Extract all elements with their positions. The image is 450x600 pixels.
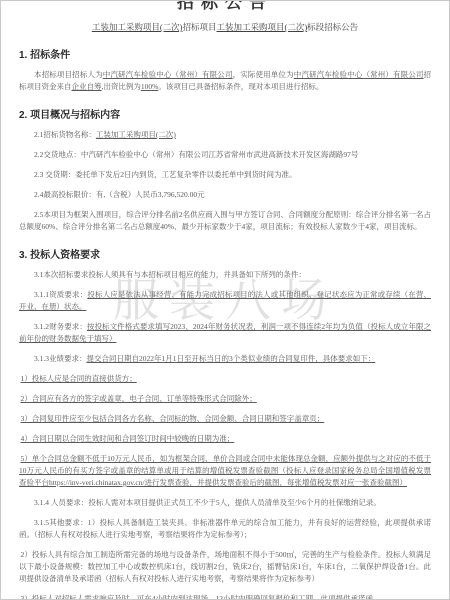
text: 标段招标公告: [307, 22, 358, 32]
text: 本招标项目招标人为: [34, 70, 103, 79]
paragraph: 2.2交货地点：中汽研汽车检验中心（常州）有限公司江苏省常州市武进高新技术开发区…: [19, 149, 431, 161]
text: 3.1.5其他要求：1）投标人具备制造工装夹具、非标准器件单元的综合加工能力，并…: [19, 518, 431, 539]
paragraph: 2.5本项目为框架入围项目，综合评分排名前2名供应商入围与甲方签订合同、合同额度…: [19, 209, 431, 233]
underlined-text: 提交合同日期自2022年1月1日至开标当日的3个类似业绩的合同复印件，具体要求如…: [87, 354, 376, 363]
text: 2）投标人具有综合加工制造所需完备的场地与设备条件，场地面积不得小于500㎡，完…: [19, 550, 431, 583]
underlined-text: 工装加工采购项目(二次): [96, 130, 176, 139]
underlined-text: 3）合同复印件应至少包括合同各方名称、合同标的物、合同金额、合同日期和签字盖章页…: [21, 414, 325, 423]
text: ，实际使用单位为: [233, 70, 294, 79]
text: 3.1.4 人员要求：投标人需对本项目提供正式员工不少于5人，提供人员清单及至少…: [34, 498, 381, 507]
paragraph: 2.1招标货物名称：工装加工采购项目(二次): [19, 129, 431, 141]
underlined-text: 5）单个合同总金额不低于10万元人民币，如为框架合同、单价合同或合同中未能体现总…: [19, 454, 431, 487]
page-title: 招标公告: [19, 0, 431, 13]
text: 招标项目: [182, 22, 216, 32]
paragraph: 3.1.4 人员要求：投标人需对本项目提供正式员工不少于5人，提供人员清单及至少…: [19, 497, 431, 509]
text: 3.1本次招标要求投标人须具有与本招标项目相应的能力，并具备如下所列的条件：: [34, 270, 306, 279]
text: 3.1.1资质要求：: [34, 290, 87, 299]
section-heading: 3. 投标人资格要求: [19, 246, 431, 261]
paragraph: 3.1.3业绩要求：提交合同日期自2022年1月1日至开标当日的3个类似业绩的合…: [19, 353, 431, 365]
text: ,出资比例为: [102, 82, 141, 91]
underlined-text: 工装加工采购项目(二次): [92, 22, 183, 32]
underlined-text: 中汽研汽车检验中心（常州）有限公司: [103, 70, 233, 79]
sub-item: 3）投标人对招标人需求响应及时，可在4小时内到达现场，12小时内明确回复报价和工…: [19, 593, 431, 600]
sub-item: 4）合同日期以合同生效时间和合同签订时间中较晚的日期为准；: [19, 433, 431, 445]
text: 。该项目已具备招标条件，现对本项目进行招标。: [158, 82, 323, 91]
text: 3）投标人对招标人需求响应及时，可在4小时内到达现场，12小时内明确回复报价和工…: [21, 594, 381, 600]
tender-announcement-page: 服装八场 招标公告 工装加工采购项目(二次)招标项目工装加工采购项目(二次)标段…: [0, 0, 450, 600]
text: 2.3 交货期：委托单下发后2日内到货，工艺复杂零件以委托单中到货时间为准。: [34, 170, 297, 179]
sub-item: 2）合同应有各方的签字或盖章，电子合同、订单等特殊形式合同除外；: [19, 393, 431, 405]
paragraph: 本招标项目招标人为中汽研汽车检验中心（常州）有限公司，实际使用单位为中汽研汽车检…: [19, 69, 431, 93]
document-body: 1. 招标条件本招标项目招标人为中汽研汽车检验中心（常州）有限公司，实际使用单位…: [19, 46, 431, 600]
paragraph: 3.1.5其他要求：1）投标人具备制造工装夹具、非标准器件单元的综合加工能力，并…: [19, 517, 431, 541]
sub-item: 2）投标人具有综合加工制造所需完备的场地与设备条件，场地面积不得小于500㎡，完…: [19, 549, 431, 585]
underlined-text: 2）合同应有各方的签字或盖章，电子合同、订单等特殊形式合同除外；: [21, 394, 257, 403]
underlined-text: 1）投标人应是合同的直接供货方；: [21, 374, 137, 383]
page-subtitle: 工装加工采购项目(二次)招标项目工装加工采购项目(二次)标段招标公告: [19, 22, 431, 33]
text: 3.1.3业绩要求：: [34, 354, 87, 363]
text: 2.2交货地点：中汽研汽车检验中心（常州）有限公司江苏省常州市武进高新技术开发区…: [34, 150, 358, 159]
paragraph: 2.4最高投标限价：有,（含税）人民币3,796,520.00元: [19, 189, 431, 201]
text: 2.5本项目为框架入围项目，综合评分排名前2名供应商入围与甲方签订合同、合同额度…: [19, 210, 431, 231]
section-heading: 1. 招标条件: [19, 46, 431, 61]
document-content: 招标公告 工装加工采购项目(二次)招标项目工装加工采购项目(二次)标段招标公告 …: [1, 0, 449, 600]
underlined-text: 中汽研汽车检验中心（常州）有限公司: [294, 70, 424, 79]
underlined-text: 4）合同日期以合同生效时间和合同签订时间中较晚的日期为准；: [21, 434, 235, 443]
sub-item: 3）合同复印件应至少包括合同各方名称、合同标的物、合同金额、合同日期和签字盖章页…: [19, 413, 431, 425]
paragraph: 3.1.1资质要求：投标人应是依法从事经营、有能力完成招标项目的法人或其他组织、…: [19, 289, 431, 313]
sub-item: 5）单个合同总金额不低于10万元人民币，如为框架合同、单价合同或合同中未能体现总…: [19, 453, 431, 489]
underlined-text: 企业自筹: [72, 82, 102, 91]
paragraph: 3.1.2财务要求：按投标文件格式要求填写2023、2024年财务状况表，利润一…: [19, 321, 431, 345]
paragraph: 2.3 交货期：委托单下发后2日内到货，工艺复杂零件以委托单中到货时间为准。: [19, 169, 431, 181]
text: 2.4最高投标限价：有,（含税）人民币3,796,520.00元: [34, 190, 205, 199]
sub-item: 1）投标人应是合同的直接供货方；: [19, 373, 431, 385]
underlined-text: 工装加工采购项目(二次): [217, 22, 308, 32]
underlined-text: 100%: [141, 82, 159, 91]
paragraph: 3.1本次招标要求投标人须具有与本招标项目相应的能力，并具备如下所列的条件：: [19, 269, 431, 281]
text: 2.1招标货物名称：: [34, 130, 96, 139]
section-heading: 2. 项目概况与招标内容: [19, 106, 431, 121]
text: 3.1.2财务要求：: [34, 322, 87, 331]
